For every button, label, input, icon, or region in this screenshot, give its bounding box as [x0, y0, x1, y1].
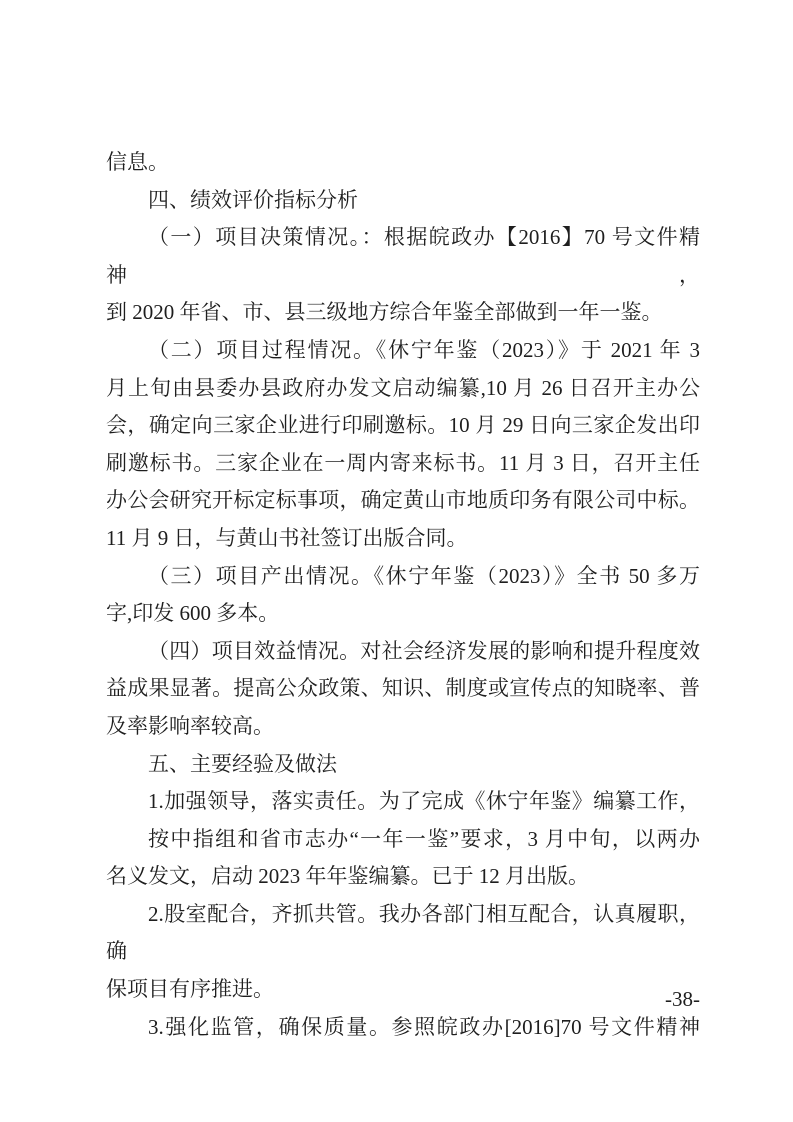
text-line: （四）项目效益情况。对社会经济发展的影响和提升程度效 — [106, 633, 700, 671]
text-line: 按中指组和省市志办“一年一鉴”要求，3 月中旬，以两办 — [106, 821, 700, 859]
document-page: 信息。四、绩效评价指标分析（一）项目决策情况。：根据皖政办【2016】70 号文… — [0, 0, 793, 1122]
text-line: 刷邀标书。三家企业在一周内寄来标书。11 月 3 日，召开主任 — [106, 445, 700, 483]
text-line: 1.加强领导，落实责任。为了完成《休宁年鉴》编纂工作， — [106, 783, 700, 821]
text-line: 月上旬由县委办县政府办发文启动编纂,10 月 26 日召开主办公 — [106, 370, 700, 408]
text-line: 11 月 9 日，与黄山书社签订出版合同。 — [106, 520, 700, 558]
text-line: 2.股室配合，齐抓共管。我办各部门相互配合，认真履职，确 — [106, 896, 700, 971]
text-line: 及率影响率较高。 — [106, 708, 700, 746]
text-line: （二）项目过程情况。《休宁年鉴（2023）》于 2021 年 3 — [106, 332, 700, 370]
text-line: （一）项目决策情况。：根据皖政办【2016】70 号文件精神， — [106, 219, 700, 294]
text-line: 办公会研究开标定标事项，确定黄山市地质印务有限公司中标。 — [106, 482, 700, 520]
document-body: 信息。四、绩效评价指标分析（一）项目决策情况。：根据皖政办【2016】70 号文… — [106, 144, 700, 1046]
text-line: 字,印发 600 多本。 — [106, 595, 700, 633]
text-line: 到 2020 年省、市、县三级地方综合年鉴全部做到一年一鉴。 — [106, 294, 700, 332]
text-line: 信息。 — [106, 144, 700, 182]
text-line: （三）项目产出情况。《休宁年鉴（2023）》全书 50 多万 — [106, 558, 700, 596]
text-line: 五、主要经验及做法 — [106, 746, 700, 784]
text-line: 会，确定向三家企业进行印刷邀标。10 月 29 日向三家企发出印 — [106, 407, 700, 445]
text-line: 名义发文，启动 2023 年年鉴编纂。已于 12 月出版。 — [106, 858, 700, 896]
page-number: -38- — [106, 986, 700, 1012]
text-line: 益成果显著。提高公众政策、知识、制度或宣传点的知晓率、普 — [106, 670, 700, 708]
text-line: 3.强化监管，确保质量。参照皖政办[2016]70 号文件精神 — [106, 1009, 700, 1047]
text-line: 四、绩效评价指标分析 — [106, 182, 700, 220]
